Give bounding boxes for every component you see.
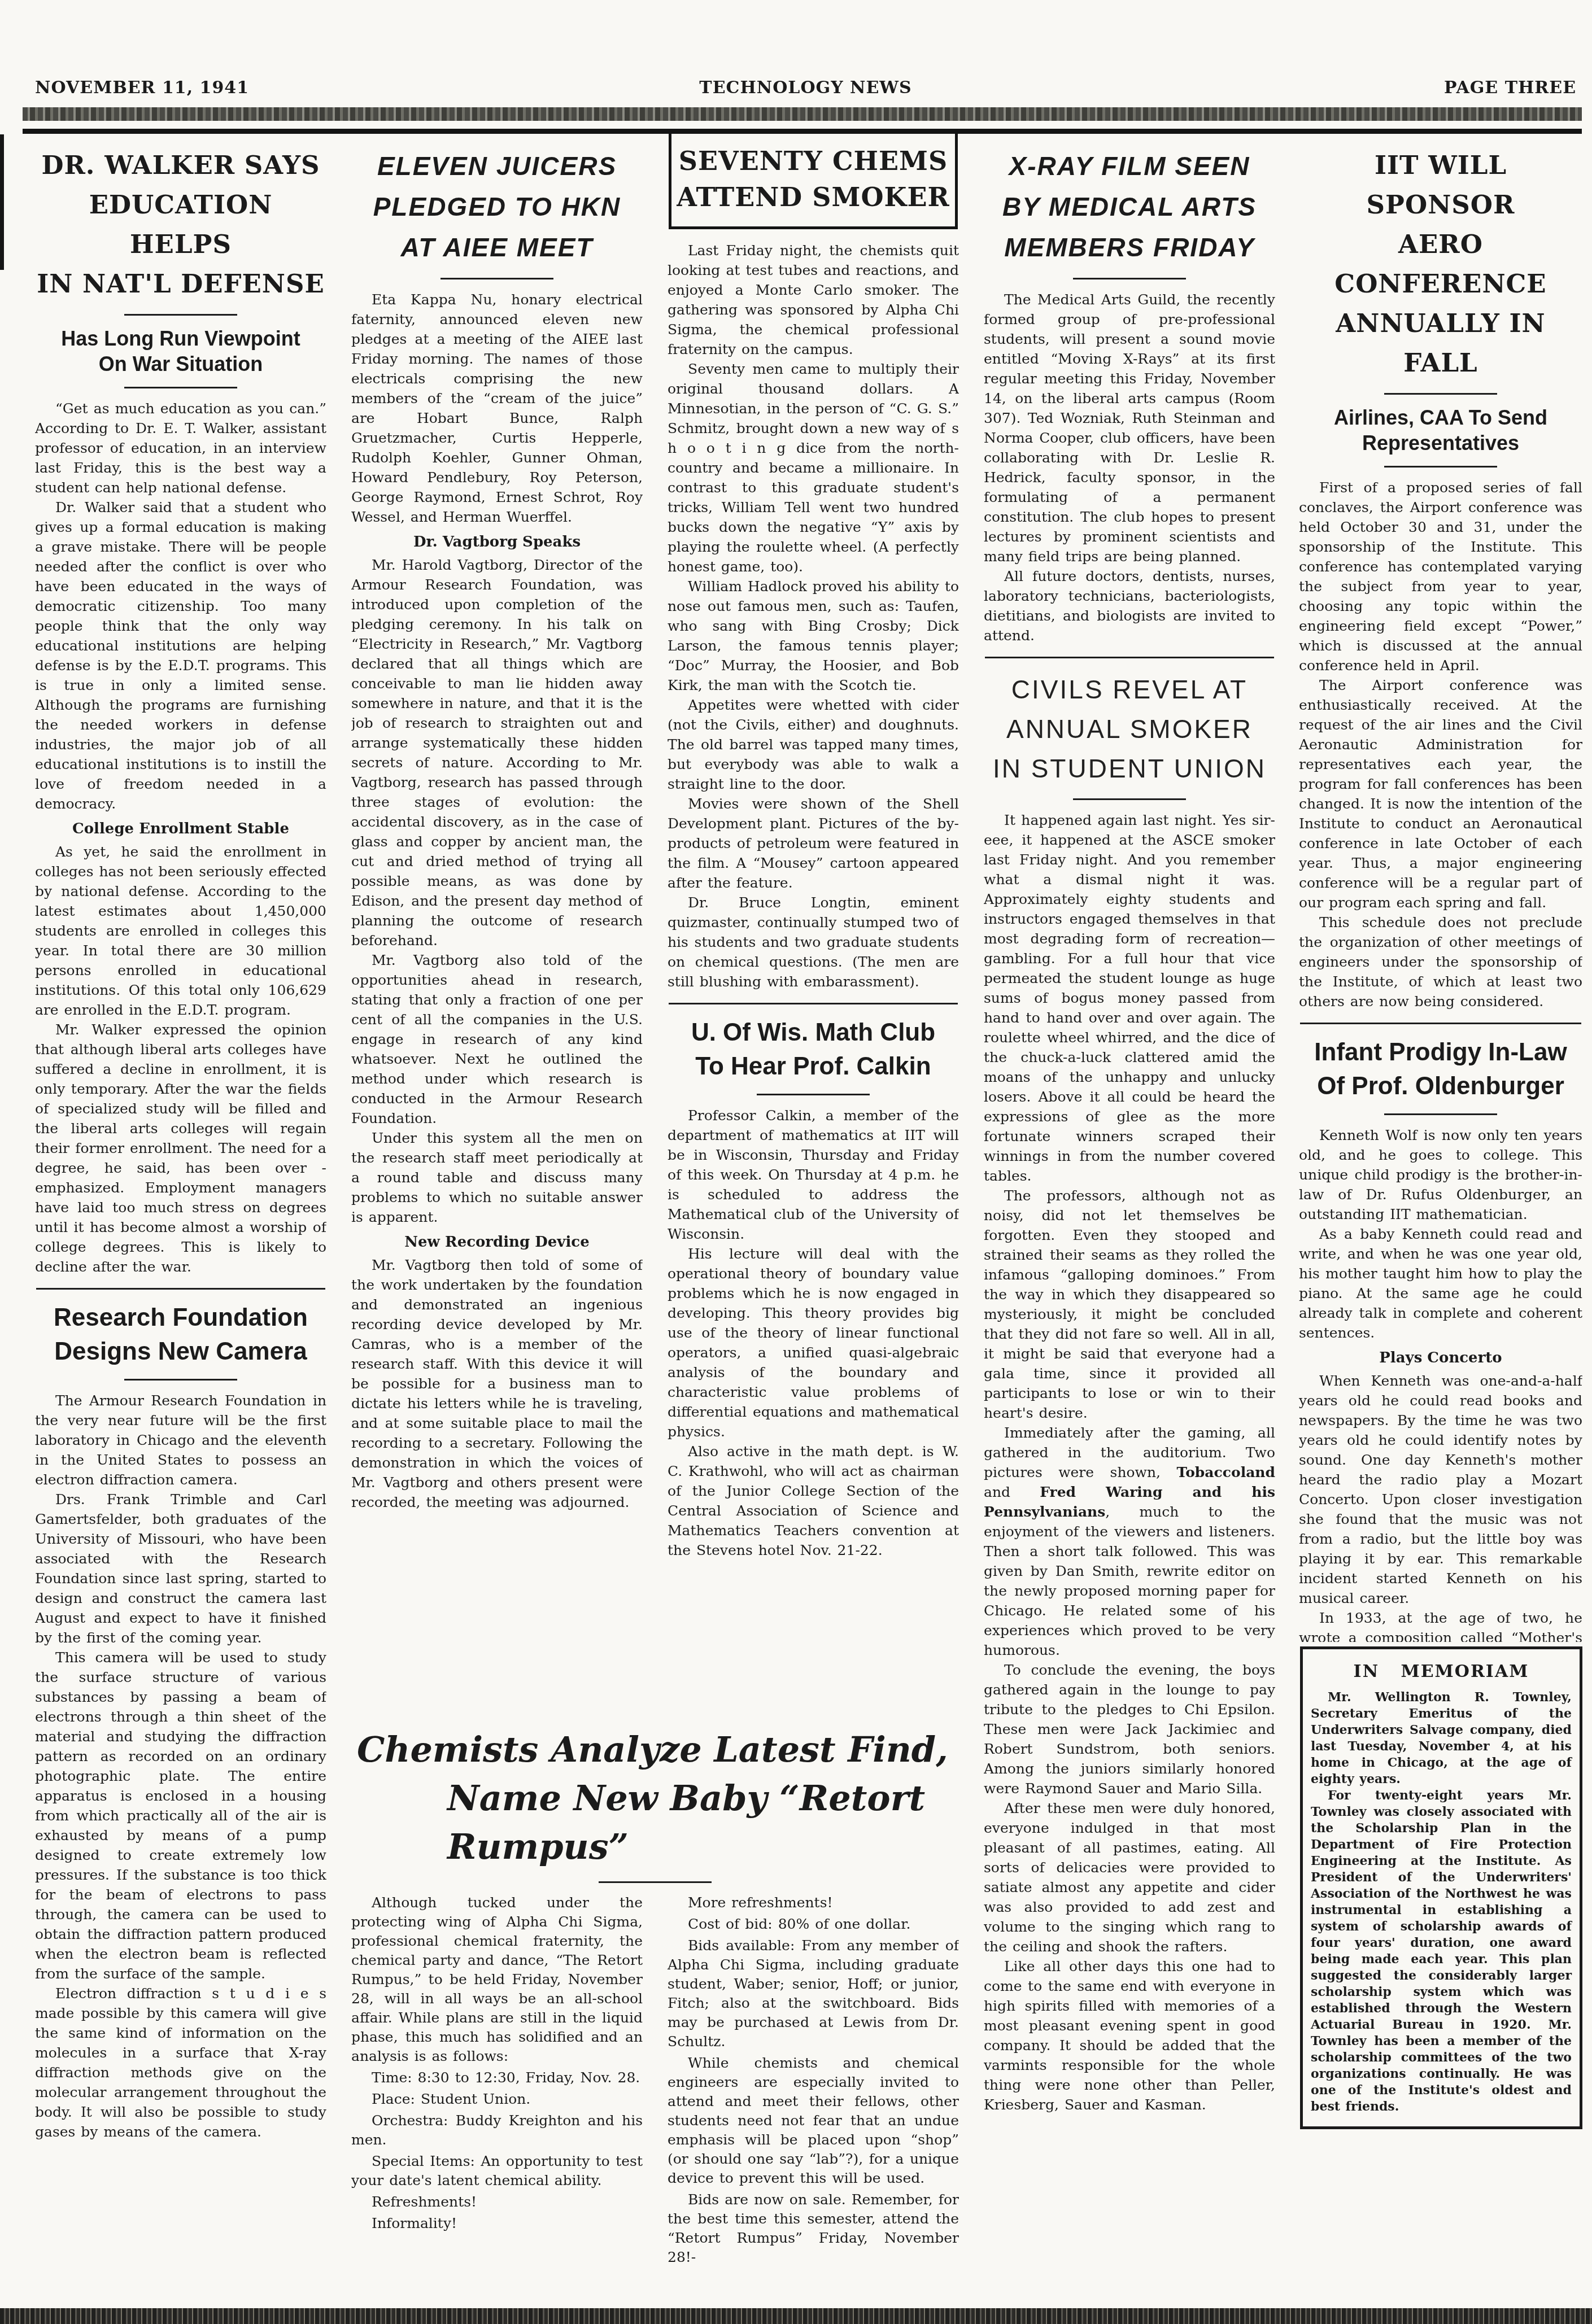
column-5: IIT WILL SPONSORAERO CONFERENCEANNUALLY … [1299, 142, 1582, 1642]
p: Mr. Vagtborg then told of some of the wo… [351, 1255, 643, 1512]
p: Like all other days this one had to come… [984, 1956, 1275, 2115]
p: Seventy men came to multiply their origi… [668, 359, 959, 576]
rule-short [124, 1379, 237, 1381]
column-2: ELEVEN JUICERSPLEDGED TO HKNAT AIEE MEET… [351, 142, 643, 1719]
p: His lecture will deal with the operation… [668, 1244, 959, 1441]
headline-research-foundation: Research FoundationDesigns New Camera [35, 1301, 326, 1369]
p: Mr. Vagtborg also told of the opportunit… [351, 950, 643, 1128]
headline-xray-film: X-RAY FILM SEENBY MEDICAL ARTSMEMBERS FR… [984, 146, 1275, 268]
crosshead: New Recording Device [351, 1233, 643, 1252]
p: Drs. Frank Trimble and Carl Gamertsfelde… [35, 1489, 326, 1648]
column-1: DR. WALKER SAYSEDUCATION HELPSIN NAT'L D… [35, 142, 326, 2315]
p: Cost of bid: 80% of one dollar. [668, 1915, 959, 1934]
rule-short [1384, 466, 1497, 468]
headline-aero-conference: IIT WILL SPONSORAERO CONFERENCEANNUALLY … [1299, 146, 1582, 383]
p: After these men were duly honored, every… [984, 1798, 1275, 1956]
p: First of a proposed series of fall concl… [1299, 478, 1582, 675]
p: Place: Student Union. [351, 2090, 643, 2109]
p: The Medical Arts Guild, the recently for… [984, 290, 1275, 566]
rule-full [669, 1003, 958, 1004]
rule-short [1384, 393, 1497, 395]
p: For twenty-eight years Mr. Townley was c… [1311, 1788, 1572, 2115]
p: Movies were shown of the Shell Developme… [668, 794, 959, 893]
p: As a baby Kenneth could read and write, … [1299, 1224, 1582, 1343]
p: Kenneth Wolf is now only ten years old, … [1299, 1125, 1582, 1224]
p: Mr. Walker expressed the opinion that al… [35, 1020, 326, 1277]
page-number: PAGE THREE [1444, 78, 1576, 98]
crosshead: Dr. Vagtborg Speaks [351, 532, 643, 552]
crosshead: Plays Concerto [1299, 1348, 1582, 1368]
masthead-row: NOVEMBER 11, 1941 TECHNOLOGY NEWS PAGE T… [35, 78, 1576, 103]
p: Mr. Wellington R. Townley, Secretary Eme… [1311, 1689, 1572, 1788]
column-3: SEVENTY CHEMSATTEND SMOKERLast Friday ni… [668, 129, 959, 1719]
rule-full [1300, 1023, 1581, 1024]
p: Under this system all the men on the res… [351, 1128, 643, 1227]
p: Electron diffraction s t u d i e s made … [35, 1984, 326, 2142]
chemists-right-column: More refreshments!Cost of bid: 80% of on… [668, 1893, 959, 2269]
headline-dr-walker: DR. WALKER SAYSEDUCATION HELPSIN NAT'L D… [35, 146, 326, 304]
p: This camera will be used to study the su… [35, 1648, 326, 1984]
p: Appetites were whetted with cider (not t… [668, 695, 959, 794]
rule-short [599, 1881, 712, 1883]
p: Last Friday night, the chemists quit loo… [668, 241, 959, 359]
rule-short [1384, 1113, 1497, 1115]
p: Although tucked under the protecting win… [351, 1893, 643, 2066]
chemists-headline-area: Chemists Analyze Latest Find,Name New Ba… [351, 1725, 959, 1883]
p: William Hadlock proved his ability to no… [668, 576, 959, 695]
chemists-columns: Although tucked under the protecting win… [351, 1893, 959, 2269]
p: While chemists and chemical engineers ar… [668, 2054, 959, 2188]
subhead-aero: Airlines, CAA To SendRepresentatives [1299, 405, 1582, 456]
p: When Kenneth was one-and-a-half years ol… [1299, 1371, 1582, 1608]
p: Professor Calkin, a member of the depart… [668, 1106, 959, 1244]
p: Dr. Bruce Longtin, eminent quizmaster, c… [668, 893, 959, 991]
rule-full [36, 1288, 325, 1290]
scan-edge-artifact [0, 134, 4, 270]
headline-eleven-juicers: ELEVEN JUICERSPLEDGED TO HKNAT AIEE MEET [351, 146, 643, 268]
newspaper-page: NOVEMBER 11, 1941 TECHNOLOGY NEWS PAGE T… [0, 0, 1592, 2324]
p: All future doctors, dentists, nurses, la… [984, 566, 1275, 645]
p: In 1933, at the age of two, he wrote a c… [1299, 1608, 1582, 1642]
p: Informality! [351, 2214, 643, 2233]
p: Orchestra: Buddy Kreighton and his men. [351, 2111, 643, 2150]
column-4: X-RAY FILM SEENBY MEDICAL ARTSMEMBERS FR… [984, 142, 1275, 2315]
headline-civils-revel: CIVILS REVEL ATANNUAL SMOKERIN STUDENT U… [984, 670, 1275, 788]
rule-short [124, 314, 237, 316]
p: More refreshments! [668, 1893, 959, 1912]
headline-infant-prodigy: Infant Prodigy In-LawOf Prof. Oldenburge… [1299, 1036, 1582, 1103]
p: Refreshments! [351, 2192, 643, 2212]
rule-full [985, 657, 1274, 658]
p: “Get as much education as you can.” Acco… [35, 399, 326, 497]
crosshead: College Enrollment Stable [35, 819, 326, 838]
p: Bids available: From any member of Alpha… [668, 1936, 959, 2051]
rule-short [124, 387, 237, 388]
in-memoriam-box: IN MEMORIAMMr. Wellington R. Townley, Se… [1300, 1646, 1582, 2129]
p: As yet, he said the enrollment in colleg… [35, 842, 326, 1020]
paper-title: TECHNOLOGY NEWS [699, 78, 911, 98]
headline-retort-rumpus: Chemists Analyze Latest Find,Name New Ba… [351, 1725, 959, 1871]
p: Also active in the math dept. is W. C. K… [668, 1441, 959, 1560]
p: Eta Kappa Nu, honary electrical faternit… [351, 290, 643, 527]
p: Special Items: An opportunity to test yo… [351, 2152, 643, 2190]
rule-short [757, 1094, 870, 1095]
rule-short [1073, 278, 1186, 279]
p: Mr. Harold Vagtborg, Director of the Arm… [351, 555, 643, 950]
headline-math-club: U. Of Wis. Math ClubTo Hear Prof. Calkin [668, 1016, 959, 1084]
issue-date: NOVEMBER 11, 1941 [35, 78, 249, 98]
rule-short [440, 278, 553, 279]
chemists-article: Chemists Analyze Latest Find,Name New Ba… [351, 1723, 959, 2310]
p: Time: 8:30 to 12:30, Friday, Nov. 28. [351, 2068, 643, 2087]
chemists-left-column: Although tucked under the protecting win… [351, 1893, 643, 2269]
headline-seventy-chems: SEVENTY CHEMSATTEND SMOKER [669, 129, 958, 229]
memoriam-title: IN MEMORIAM [1311, 1662, 1572, 1681]
p: It happened again last night. Yes sir-ee… [984, 810, 1275, 1186]
masthead-rule-band [23, 107, 1582, 121]
p: The Armour Research Foundation in the ve… [35, 1391, 326, 1489]
rule-short [1073, 798, 1186, 800]
p: The professors, although not as noisy, d… [984, 1186, 1275, 1423]
p: This schedule does not preclude the orga… [1299, 912, 1582, 1011]
p: Immediately after the gaming, all gather… [984, 1423, 1275, 1660]
p: Bids are now on sale. Remember, for the … [668, 2190, 959, 2267]
scan-bottom-artifact [0, 2308, 1592, 2324]
p: Dr. Walker said that a student who gives… [35, 497, 326, 814]
p: To conclude the evening, the boys gather… [984, 1660, 1275, 1798]
subhead-dr-walker: Has Long Run ViewpointOn War Situation [35, 326, 326, 377]
p: The Airport conference was enthusiastica… [1299, 675, 1582, 912]
